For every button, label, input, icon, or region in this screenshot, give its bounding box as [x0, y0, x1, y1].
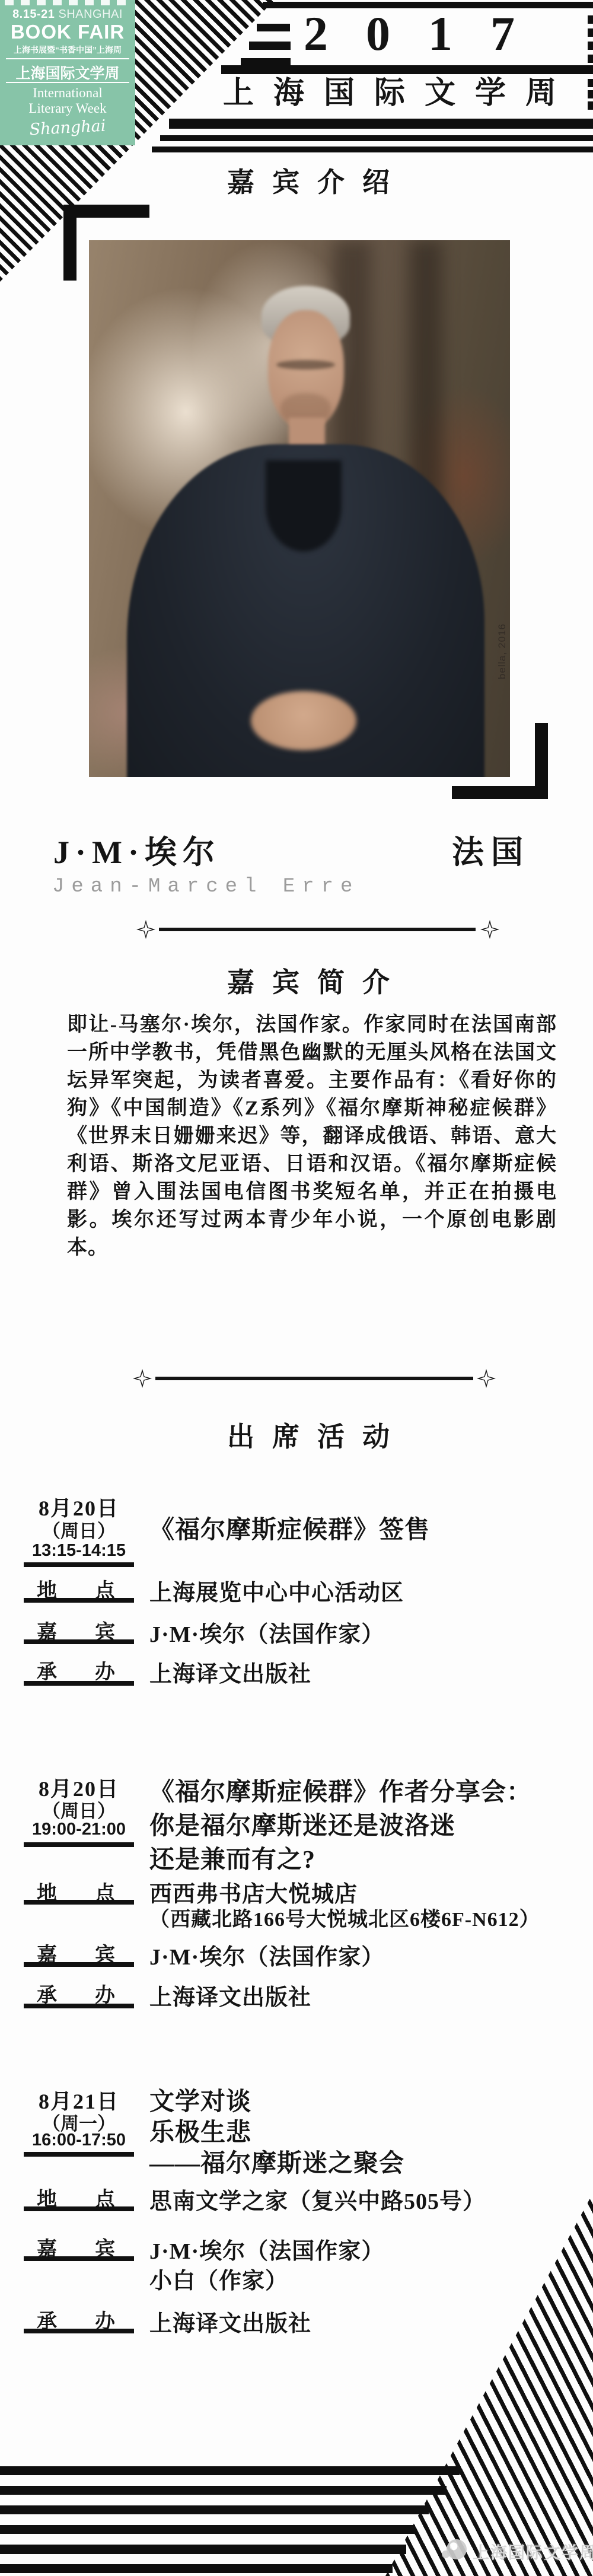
book-fair-dates: 8.15-21 — [12, 8, 55, 21]
event-rule — [24, 1900, 134, 1905]
diamond-ornament — [480, 920, 499, 939]
watermark-logo-dot — [442, 2550, 449, 2558]
week-en-line1: International — [0, 85, 135, 101]
event-location: 思南文学之家（复兴中路505号） — [149, 2183, 486, 2215]
banner-week-title: 上海国际文学周 — [223, 76, 576, 112]
watermark-logo-icon — [447, 2539, 467, 2559]
book-fair-subtitle-cn: 上海书展暨“书香中国”上海周 — [0, 44, 135, 56]
edge-dash — [588, 15, 593, 24]
event-organizer: 上海译文出版社 — [149, 1979, 311, 2011]
event-title: 你是福尔摩斯迷还是波洛迷 — [149, 1806, 455, 1842]
photo-corner-bracket-right — [535, 723, 548, 799]
photo-credit: bella, 2016 — [496, 623, 508, 679]
divider-line — [6, 82, 129, 83]
event-organizer: 上海译文出版社 — [149, 2305, 311, 2338]
event-organizer: 上海译文出版社 — [149, 1655, 311, 1688]
bottom-stripe — [0, 2505, 429, 2514]
event-rule — [24, 2329, 134, 2333]
edge-dash — [588, 101, 593, 110]
divider-line — [155, 1377, 473, 1380]
photo-corner-bracket-left — [63, 205, 76, 281]
banner-stripe — [257, 24, 290, 31]
week-en-line2: Literary Week — [0, 101, 135, 116]
event-title: 《福尔摩斯症候群》签售 — [149, 1510, 430, 1546]
event-rule — [24, 1681, 134, 1686]
guest-name-en: Jean-Marcel Erre — [52, 875, 359, 898]
edge-dash — [588, 28, 593, 37]
event-title: 文学对谈 — [149, 2082, 251, 2118]
banner-stripe — [152, 147, 593, 152]
photo-eyes — [276, 360, 335, 370]
event-rule — [24, 1842, 134, 1847]
book-fair-title: BOOK FAIR — [0, 21, 135, 43]
event-rule — [24, 2206, 134, 2211]
edge-dash — [588, 42, 593, 50]
event-rule — [24, 1639, 134, 1644]
guest-country: 法国 — [452, 827, 530, 873]
guest-bio: 即让-马塞尔·埃尔，法国作家。作家同时在法国南部一所中学教书，凭借黑色幽默的无厘… — [67, 1011, 557, 1262]
bottom-stripe — [0, 2486, 447, 2495]
diamond-ornament — [136, 920, 155, 939]
banner-stripe — [221, 65, 593, 74]
book-fair-dates-line: 8.15-21 SHANGHAI — [0, 8, 135, 21]
book-fair-city: SHANGHAI — [58, 8, 122, 21]
edge-dash — [588, 55, 593, 63]
diagonal-stripes-bottom-right — [385, 2193, 593, 2576]
photo-corner-bracket-bottom — [452, 786, 548, 799]
book-fair-week-cn: 上海国际文学周 — [0, 62, 135, 83]
diamond-ornament — [477, 1369, 496, 1388]
section-title-guest-intro: 嘉宾介绍 — [12, 161, 593, 200]
edge-dash — [588, 90, 593, 98]
photo-hands — [251, 691, 356, 750]
photo-shirt — [266, 460, 342, 552]
bottom-stripe — [0, 2564, 393, 2573]
poster-page: 2017 上海国际文学周 8.15-21 SHANGHAI BOOK FAIR … — [0, 0, 593, 2576]
event-rule — [24, 1598, 134, 1603]
event-rule — [24, 1562, 134, 1567]
shanghai-script: Shanghai — [0, 115, 136, 141]
bottom-stripe — [0, 2466, 460, 2475]
divider-line — [159, 928, 476, 931]
event-rule — [24, 2004, 134, 2008]
event-title: ——福尔摩斯迷之聚会 — [149, 2144, 404, 2179]
event-title: 乐极生悲 — [149, 2113, 251, 2148]
section-title-guest-profile: 嘉宾简介 — [12, 961, 593, 1000]
event-rule — [24, 1962, 134, 1967]
event-guest: J·M·埃尔（法国作家） — [149, 1938, 384, 1971]
event-rule — [24, 2256, 134, 2261]
banner-year: 2017 — [304, 9, 553, 58]
guest-name-cn: J·M·埃尔 — [53, 827, 221, 873]
event-time: 19:00-21:00 — [24, 1820, 134, 1839]
event-time: 13:15-14:15 — [24, 1541, 134, 1561]
event-time: 16:00-17:50 — [24, 2131, 134, 2150]
guest-photo: bella, 2016 — [89, 240, 510, 777]
cropped-letters-sliver — [5, 0, 126, 5]
diamond-ornament — [133, 1369, 152, 1388]
banner-stripe — [160, 135, 593, 141]
event-weekday: （周日） — [24, 1516, 134, 1543]
bottom-stripe — [0, 2525, 415, 2534]
label-organizer: 承办 — [37, 1655, 153, 1685]
divider-line — [6, 58, 129, 59]
event-title: 《福尔摩斯症候群》作者分享会： — [149, 1772, 532, 1808]
event-location: 上海展览中心中心活动区 — [149, 1574, 404, 1607]
event-title: 还是兼而有之? — [149, 1840, 315, 1876]
banner-stripe — [249, 42, 291, 50]
banner-stripe — [169, 119, 593, 129]
event-guest: J·M·埃尔（法国作家） — [149, 2233, 384, 2265]
event-guest: 小白（作家） — [149, 2262, 288, 2295]
section-title-events: 出席活动 — [12, 1415, 593, 1454]
event-location-detail: （西藏北路166号大悦城北区6楼6F-N612） — [149, 1903, 540, 1932]
book-fair-logo-box: 8.15-21 SHANGHAI BOOK FAIR 上海书展暨“书香中国”上海… — [0, 0, 135, 145]
event-rule — [24, 2152, 134, 2157]
bottom-stripe — [0, 2545, 406, 2554]
edge-dash — [588, 79, 593, 87]
event-weekday: （周日） — [24, 1796, 134, 1823]
watermark-text: 上海国际文学周 — [473, 2540, 593, 2564]
event-guest: J·M·埃尔（法国作家） — [149, 1616, 384, 1648]
